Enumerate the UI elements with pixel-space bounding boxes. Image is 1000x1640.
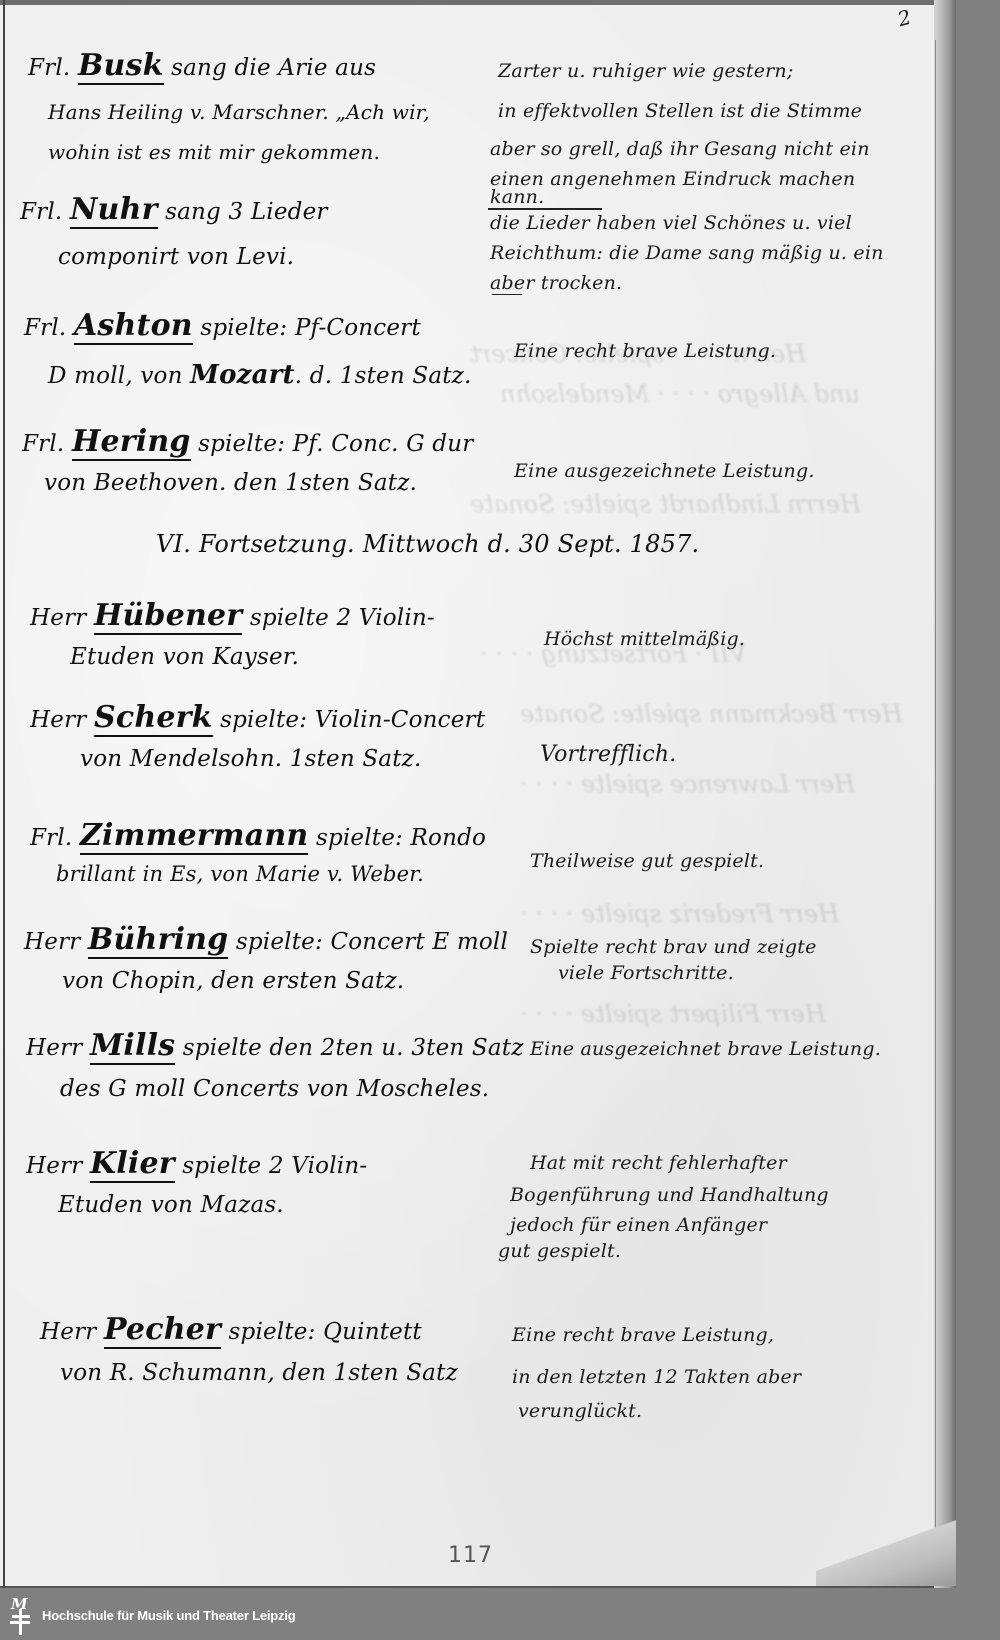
entry-busk-line2: Hans Heiling v. Marschner. „Ach wir, — [48, 100, 430, 124]
manuscript-page: 2 Herrn · · · · spielte: Concert und All… — [0, 0, 956, 1588]
remark-huebener: Höchst mittelmäßig. — [544, 628, 745, 650]
remark-klier-4: gut gespielt. — [498, 1240, 621, 1262]
remark-separator — [488, 208, 602, 210]
entry-scherk-line1: Herr Scherk spielte: Violin-Concert — [30, 700, 485, 735]
bleed-through-text: Herr Filipert spielte · · · · — [520, 1000, 826, 1028]
remark-hering: Eine ausgezeichnete Leistung. — [514, 460, 815, 482]
remark-buehring-2: viele Fortschritte. — [558, 962, 734, 984]
entry-huebener-line2: Etuden von Kayser. — [70, 644, 299, 670]
entry-huebener-line1: Herr Hübener spielte 2 Violin- — [30, 598, 435, 633]
institution-name: Hochschule für Musik und Theater Leipzig — [42, 1608, 295, 1623]
entry-title: Herr — [26, 1153, 82, 1179]
entry-title: Frl. — [28, 55, 70, 81]
bleed-through-text: und Allegro · · · · Mendelsohn — [500, 380, 860, 408]
entry-description: spielte: Violin-Concert — [220, 707, 485, 733]
performer-name: Scherk — [94, 700, 213, 737]
performer-name: Busk — [78, 48, 164, 85]
entry-description: D moll, von — [48, 363, 183, 389]
performer-name: Klier — [90, 1146, 175, 1183]
entry-zimmermann-line2: brillant in Es, von Marie v. Weber. — [56, 862, 424, 886]
entry-title: Herr — [40, 1319, 96, 1345]
entry-description: spielte: Pf. Conc. G dur — [198, 431, 473, 457]
entry-hering-line1: Frl. Hering spielte: Pf. Conc. G dur — [22, 424, 473, 459]
bleed-through-text: Herr Frederiz spielte · · · · — [520, 900, 839, 928]
entry-zimmermann-line1: Frl. Zimmermann spielte: Rondo — [30, 818, 486, 853]
page-right-edge-line — [935, 40, 936, 1540]
entry-description: spielte: Concert E moll — [236, 929, 508, 955]
corner-fold — [816, 1516, 956, 1586]
institution-footer: M Hochschule für Musik und Theater Leipz… — [0, 1590, 956, 1640]
entry-nuhr-line1: Frl. Nuhr sang 3 Lieder — [20, 192, 328, 227]
entry-title: Frl. — [20, 199, 62, 225]
entry-mills-line1: Herr Mills spielte den 2ten u. 3ten Satz — [26, 1028, 524, 1063]
entry-pecher-line1: Herr Pecher spielte: Quintett — [40, 1312, 422, 1347]
entry-title: Herr — [26, 1035, 82, 1061]
entry-klier-line1: Herr Klier spielte 2 Violin- — [26, 1146, 367, 1181]
entry-ashton-line1: Frl. Ashton spielte: Pf-Concert — [24, 308, 421, 343]
remark-ashton: Eine recht brave Leistung. — [514, 340, 776, 362]
remark-klier-1: Hat mit recht fehlerhafter — [530, 1152, 787, 1174]
remark-busk-1: Zarter u. ruhiger wie gestern; — [498, 60, 793, 82]
performer-name: Hering — [72, 424, 191, 461]
remark-busk-2: in effektvollen Stellen ist die Stimme — [498, 100, 862, 122]
remark-nuhr-3: aber trocken. — [490, 272, 622, 294]
entry-busk-line3: wohin ist es mit mir gekommen. — [48, 140, 380, 164]
performer-name: Pecher — [104, 1312, 221, 1349]
performer-name: Bühring — [88, 922, 228, 959]
composer-name: Mozart — [190, 360, 295, 390]
page-number: 117 — [448, 1543, 493, 1568]
remark-busk-5: kann. — [490, 186, 544, 208]
entry-buehring-line1: Herr Bühring spielte: Concert E moll — [24, 922, 508, 957]
entry-mills-line2: des G moll Concerts von Moscheles. — [60, 1076, 489, 1102]
entry-title: Frl. — [22, 431, 64, 457]
performer-name: Mills — [90, 1028, 175, 1065]
entry-description: spielte: Pf-Concert — [200, 315, 421, 341]
entry-description: spielte den 2ten u. 3ten Satz — [183, 1035, 524, 1061]
performer-name: Hübener — [94, 598, 242, 635]
entry-title: Herr — [30, 605, 86, 631]
remark-zimmermann: Theilweise gut gespielt. — [530, 850, 764, 872]
remark-scherk: Vortrefflich. — [540, 742, 676, 767]
entry-scherk-line2: von Mendelsohn. 1sten Satz. — [80, 746, 421, 772]
remark-klier-2: Bogenführung und Handhaltung — [510, 1184, 829, 1206]
bleed-through-text: Herr Beckmann spielte: Sonate — [520, 700, 902, 728]
entry-buehring-line2: von Chopin, den ersten Satz. — [62, 968, 404, 994]
entry-busk-line1: Frl. Busk sang die Arie aus — [28, 48, 376, 83]
performer-name: Nuhr — [70, 192, 158, 229]
bleed-through-text: Herr Lawrence spielte · · · · — [520, 770, 855, 798]
page-top-edge — [0, 0, 956, 5]
entry-pecher-line2: von R. Schumann, den 1sten Satz — [60, 1360, 458, 1386]
remark-pecher-3: verunglückt. — [518, 1400, 642, 1422]
remark-busk-3: aber so grell, daß ihr Gesang nicht ein — [490, 138, 870, 160]
remark-buehring-1: Spielte recht brav und zeigte — [530, 936, 817, 958]
page-right-edge — [934, 0, 956, 1588]
entry-description: spielte 2 Violin- — [182, 1153, 367, 1179]
entry-title: Herr — [30, 707, 86, 733]
hmt-logo-icon: M — [8, 1595, 34, 1635]
entry-title: Frl. — [30, 825, 72, 851]
corner-mark: 2 — [895, 5, 914, 31]
remark-separator — [492, 294, 522, 295]
entry-title: Frl. — [24, 315, 66, 341]
performer-name: Zimmermann — [80, 818, 308, 855]
performer-name: Ashton — [74, 308, 193, 345]
remark-mills: Eine ausgezeichnet brave Leistung. — [530, 1038, 881, 1060]
remark-klier-3: jedoch für einen Anfänger — [510, 1214, 767, 1236]
remark-pecher-2: in den letzten 12 Takten aber — [512, 1366, 801, 1388]
entry-description: spielte: Quintett — [229, 1319, 422, 1345]
entry-nuhr-line2: componirt von Levi. — [58, 244, 294, 270]
remark-nuhr-2: Reichthum: die Dame sang mäßig u. ein — [490, 242, 884, 264]
entry-description: . d. 1sten Satz. — [295, 363, 472, 389]
entry-description: spielte 2 Violin- — [250, 605, 435, 631]
entry-hering-line2: von Beethoven. den 1sten Satz. — [44, 470, 417, 496]
remark-nuhr-1: die Lieder haben viel Schönes u. viel — [490, 212, 852, 234]
entry-description: sang 3 Lieder — [165, 199, 327, 225]
remark-busk-4: einen angenehmen Eindruck machen — [490, 168, 855, 190]
entry-description: sang die Arie aus — [171, 55, 376, 81]
entry-title: Herr — [24, 929, 80, 955]
bleed-through-text: Herrn Lindhardt spielte: Sonate — [470, 490, 861, 518]
left-margin-rule — [3, 0, 5, 1588]
entry-klier-line2: Etuden von Mazas. — [58, 1192, 284, 1218]
session-heading: VI. Fortsetzung. Mittwoch d. 30 Sept. 18… — [156, 530, 699, 558]
entry-ashton-line2: D moll, von Mozart. d. 1sten Satz. — [48, 360, 472, 390]
remark-pecher-1: Eine recht brave Leistung, — [512, 1324, 774, 1346]
entry-description: spielte: Rondo — [316, 825, 486, 851]
